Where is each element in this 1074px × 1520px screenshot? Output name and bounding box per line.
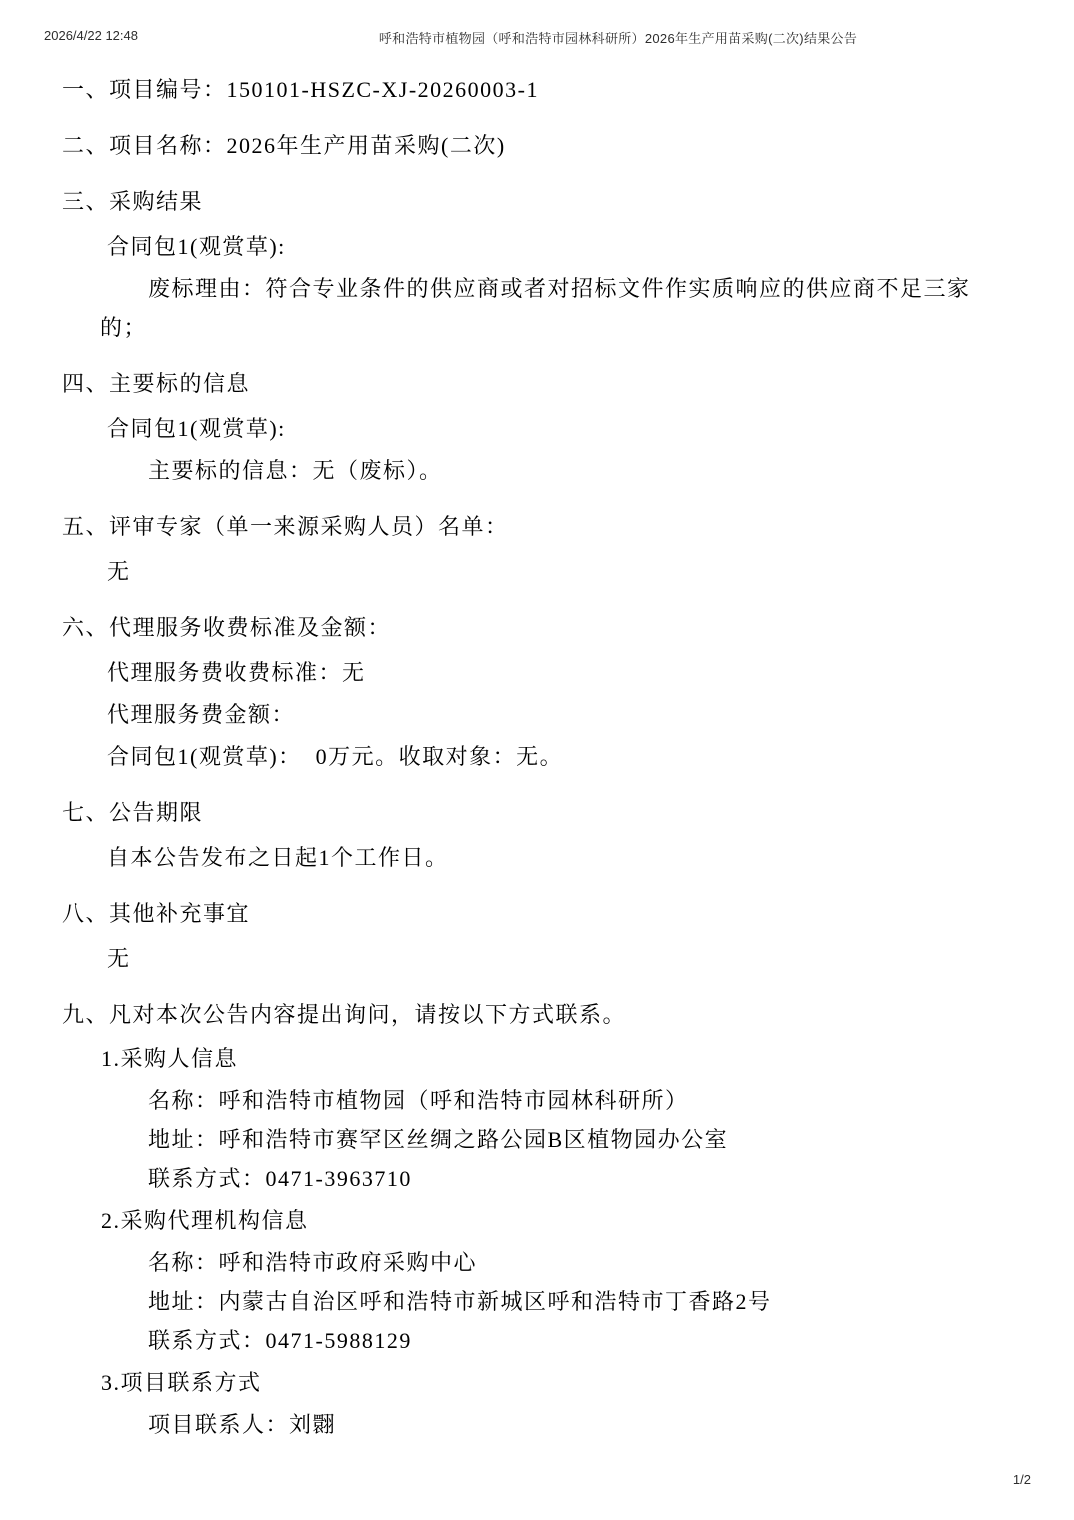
line-agency-name: 名称：呼和浩特市政府采购中心	[148, 1243, 1018, 1282]
line-agency-contact: 联系方式：0471-5988129	[148, 1321, 1018, 1360]
subitem-agency-info: 2.采购代理机构信息	[101, 1201, 1018, 1240]
print-header: 2026/4/22 12:48 呼和浩特市植物园（呼和浩特市园林科研所）2026…	[0, 28, 1074, 46]
line-bid-failure-reason: 废标理由：符合专业条件的供应商或者对招标文件作实质响应的供应商不足三家	[148, 269, 1018, 308]
section-heading-main-subject-info: 四、主要标的信息	[62, 364, 1018, 403]
print-title: 呼和浩特市植物园（呼和浩特市园林科研所）2026年生产用苗采购(二次)结果公告	[379, 28, 857, 47]
section-heading-announcement-period: 七、公告期限	[62, 793, 1018, 832]
section-heading-project-number: 一、项目编号：150101-HSZC-XJ-20260003-1	[62, 70, 1018, 109]
page-indicator: 1/2	[1013, 1472, 1031, 1487]
subitem-purchaser-info: 1.采购人信息	[101, 1039, 1018, 1078]
line-announcement-period-value: 自本公告发布之日起1个工作日。	[107, 838, 1018, 877]
section-heading-procurement-result: 三、采购结果	[62, 182, 1018, 221]
line-purchaser-address: 地址：呼和浩特市赛罕区丝绸之路公园B区植物园办公室	[148, 1120, 1018, 1159]
line-agency-fee-amount-label: 代理服务费金额：	[107, 695, 1018, 734]
line-agency-fee-standard: 代理服务费收费标准：无	[107, 653, 1018, 692]
line-purchaser-contact: 联系方式：0471-3963710	[148, 1159, 1018, 1198]
line-project-contact-person: 项目联系人：刘翾	[148, 1405, 1018, 1444]
line-contract-package-2: 合同包1(观赏草):	[107, 409, 1018, 448]
line-bid-failure-reason-continued: 的；	[100, 308, 1018, 347]
announcement-body: 一、项目编号：150101-HSZC-XJ-20260003-1 二、项目名称：…	[62, 70, 1018, 1444]
line-review-experts-none: 无	[107, 552, 1018, 591]
section-heading-agency-fee: 六、代理服务收费标准及金额：	[62, 608, 1018, 647]
print-footer: 1/2	[1013, 1472, 1031, 1487]
line-contract-package-1: 合同包1(观赏草):	[107, 227, 1018, 266]
subitem-project-contact: 3.项目联系方式	[101, 1363, 1018, 1402]
print-datetime: 2026/4/22 12:48	[44, 28, 138, 43]
line-agency-address: 地址：内蒙古自治区呼和浩特市新城区呼和浩特市丁香路2号	[148, 1282, 1018, 1321]
section-heading-contact-methods: 九、凡对本次公告内容提出询问，请按以下方式联系。	[62, 995, 1018, 1034]
section-heading-review-experts: 五、评审专家（单一来源采购人员）名单：	[62, 507, 1018, 546]
section-heading-project-name: 二、项目名称：2026年生产用苗采购(二次)	[62, 126, 1018, 165]
line-other-matters-none: 无	[107, 939, 1018, 978]
line-main-subject-info-none: 主要标的信息：无（废标）。	[148, 451, 1018, 490]
printed-page: 2026/4/22 12:48 呼和浩特市植物园（呼和浩特市园林科研所）2026…	[0, 0, 1074, 1520]
section-heading-other-matters: 八、其他补充事宜	[62, 894, 1018, 933]
line-agency-fee-package-amount: 合同包1(观赏草)： 0万元。收取对象：无。	[107, 737, 1018, 776]
line-purchaser-name: 名称：呼和浩特市植物园（呼和浩特市园林科研所）	[148, 1081, 1018, 1120]
